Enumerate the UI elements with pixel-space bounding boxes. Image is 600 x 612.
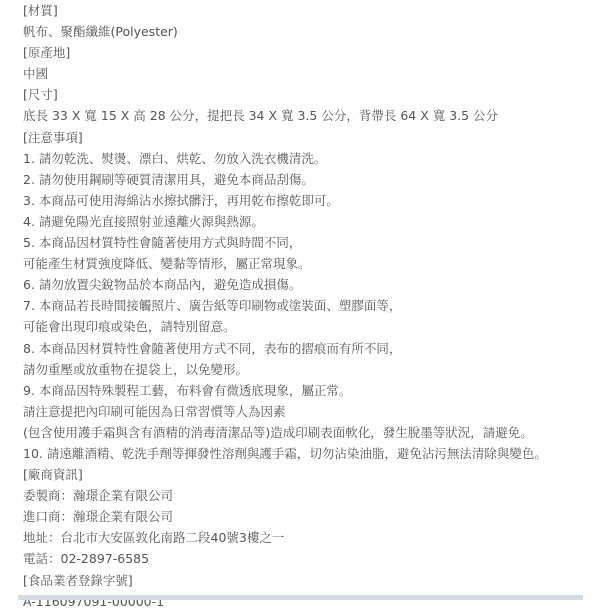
note-item-5-cont: 可能產生材質強度降低、變黏等情形，屬正常現象。 [23,253,593,274]
section-heading-registration: [食品業者登錄字號] [23,570,593,591]
note-item-3: 3. 本商品可使用海綿沾水擦拭髒汙，再用乾布擦乾即可。 [23,190,593,211]
note-item-5: 5. 本商品因材質特性會隨著使用方式與時間不同， [23,232,593,253]
section-heading-vendor: [廠商資訊] [23,464,593,485]
material-value: 帆布、聚酯纖維(Polyester) [23,21,593,42]
section-heading-origin: [原產地] [23,42,593,63]
vendor-manufacturer: 委製商：瀚璟企業有限公司 [23,485,593,506]
note-item-4: 4. 請避免陽光直接照射並遠離火源與熱源。 [23,211,593,232]
bottom-divider-bar [18,595,583,600]
vendor-importer: 進口商：瀚璟企業有限公司 [23,506,593,527]
origin-value: 中國 [23,63,593,84]
section-heading-notes: [注意事項] [23,127,593,148]
note-item-9-cont-2: (包含使用護手霜與含有酒精的消毒清潔品等)造成印刷表面軟化，發生脫墨等狀況，請避… [23,422,593,443]
note-item-10: 10. 請遠離酒精、乾洗手劑等揮發性溶劑與護手霜，切勿沾染油脂，避免沾污無法清除… [23,443,593,464]
vendor-phone: 電話：02-2897-6585 [23,548,593,569]
note-item-8-cont: 請勿重壓或放重物在提袋上，以免變形。 [23,359,593,380]
section-heading-size: [尺寸] [23,84,593,105]
note-item-2: 2. 請勿使用鋼刷等硬質清潔用具，避免本商品刮傷。 [23,169,593,190]
note-item-1: 1. 請勿乾洗、熨燙、漂白、烘乾、勿放入洗衣機清洗。 [23,148,593,169]
note-item-9-cont-1: 請注意提把內印刷可能因為日常習慣等人為因素 [23,401,593,422]
note-item-8: 8. 本商品因材質特性會隨著使用方式不同，表布的摺痕而有所不同， [23,338,593,359]
product-spec-document: [材質] 帆布、聚酯纖維(Polyester) [原產地] 中國 [尺寸] 底長… [23,0,593,600]
size-value: 底長 33 X 寬 15 X 高 28 公分，提把長 34 X 寬 3.5 公分… [23,105,593,126]
note-item-9: 9. 本商品因特殊製程工藝，布料會有微透底現象，屬正常。 [23,380,593,401]
note-item-7-cont: 可能會出現印痕或染色，請特別留意。 [23,316,593,337]
section-heading-material: [材質] [23,0,593,21]
note-item-7: 7. 本商品若長時間接觸照片、廣告紙等印刷物或塗裝面、塑膠面等， [23,295,593,316]
note-item-6: 6. 請勿放置尖銳物品於本商品內，避免造成損傷。 [23,274,593,295]
vendor-address: 地址：台北市大安區敦化南路二段40號3樓之一 [23,527,593,548]
